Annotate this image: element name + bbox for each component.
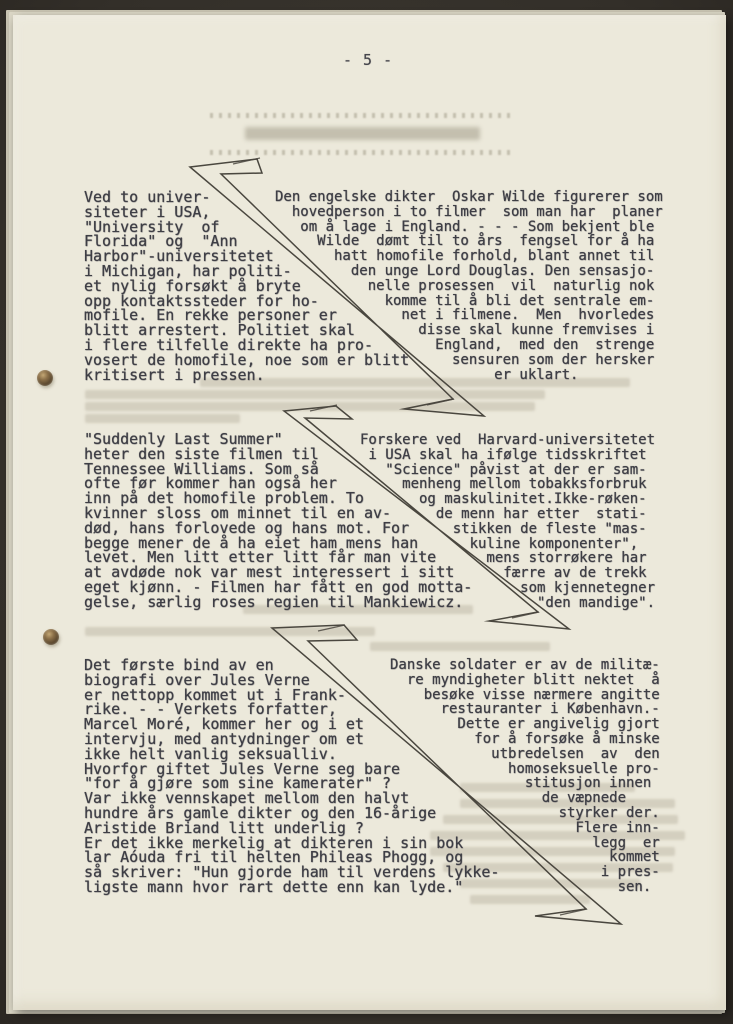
- article-oskar-wilde: Den engelske dikter Oskar Wilde figurere…: [275, 190, 663, 382]
- bleed-through-line: [85, 390, 545, 399]
- bleed-through-line: [470, 895, 590, 904]
- bleed-through-line: [85, 414, 240, 423]
- bleed-through-line: [85, 627, 375, 636]
- punch-hole-top: [37, 370, 53, 386]
- article-harvard-study: Forskere ved Harvard-universitetet i USA…: [360, 433, 655, 611]
- page-number: - 5 -: [343, 51, 393, 69]
- punch-hole-bottom: [43, 629, 59, 645]
- bleed-through-line: [85, 402, 535, 411]
- bleed-through-dashed-line: [210, 150, 515, 155]
- bleed-through-line: [370, 642, 550, 651]
- article-danish-soldiers: Danske soldater er av de militæ- re mynd…: [390, 658, 660, 895]
- bleed-through-heading: [245, 127, 480, 140]
- document-page: - 5 - Ved to univer- siteter i USA, "Uni…: [13, 15, 726, 1010]
- bleed-through-dashed-line: [210, 113, 510, 118]
